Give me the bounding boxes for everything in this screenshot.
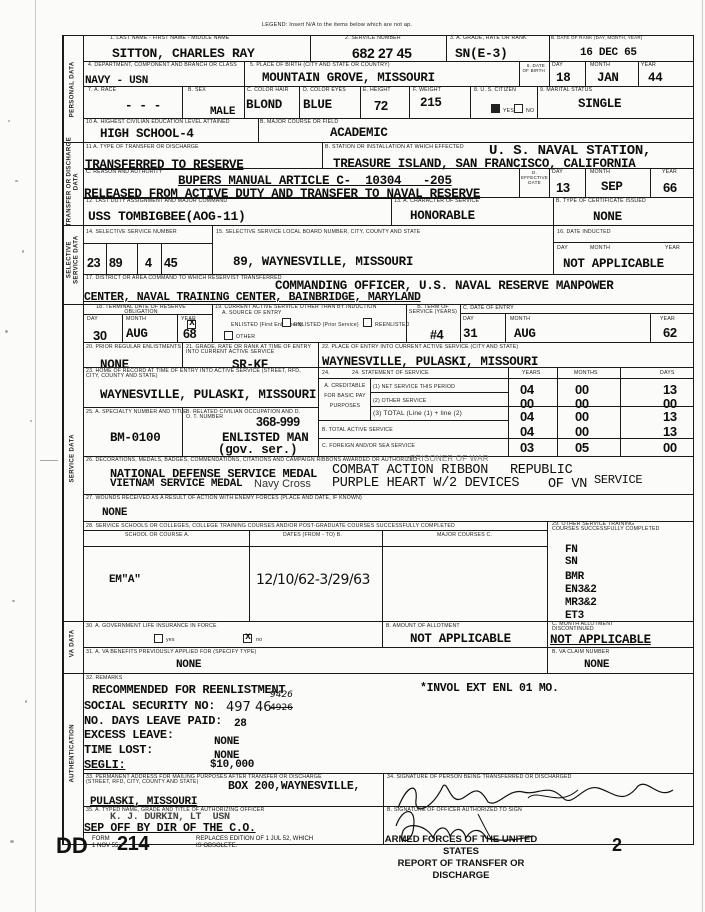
divider xyxy=(177,314,178,342)
label-transfer-type: 11 a. TYPE OF TRANSFER OR DISCHARGE xyxy=(86,145,199,150)
divider xyxy=(519,168,520,197)
field-decorations-service: SERVICE xyxy=(594,474,642,486)
field-certificate: NONE xyxy=(593,211,622,224)
field-date-of-rank: 16 DEC 65 xyxy=(580,48,637,59)
footer-form-label: FORM xyxy=(92,836,110,843)
checkbox-other[interactable] xyxy=(224,331,233,340)
divider xyxy=(106,243,107,274)
field-term-day: 30 xyxy=(93,329,107,342)
field-ss-num-2: 89 xyxy=(109,257,122,270)
field-district-line2: CENTER, NAVAL TRAINING CENTER, BAINBRIDG… xyxy=(84,292,421,304)
field-remarks-leave-label: NO. DAYS LEAVE PAID: xyxy=(84,715,222,727)
divider xyxy=(318,378,694,379)
label-department: 4. DEPARTMENT, COMPONENT AND BRANCH OR C… xyxy=(88,63,238,68)
label-grade: 3. a. GRADE, RATE OR RANK xyxy=(450,36,527,41)
label-dob-month: MONTH xyxy=(590,63,610,68)
divider xyxy=(446,35,447,61)
label-race: 7. a. RACE xyxy=(88,88,116,93)
label-dob-day: DAY xyxy=(552,63,563,68)
label-school-course: SCHOOL OR COURSE a. xyxy=(125,533,189,538)
divider xyxy=(84,647,694,648)
field-height: 72 xyxy=(374,99,388,112)
divider xyxy=(322,142,323,168)
label-weight: f. WEIGHT xyxy=(413,88,441,93)
divider xyxy=(508,438,694,439)
divider xyxy=(382,530,383,621)
label-dob-year: YEAR xyxy=(641,63,656,68)
label-citizen-yes: YES xyxy=(503,109,514,114)
field-permanent-address-1: BOX 200,WAYNESVILLE, xyxy=(228,781,360,793)
label-major: b. MAJOR COURSE OR FIELD xyxy=(260,120,338,125)
label-date-inducted: 16. DATE INDUCTED xyxy=(557,230,611,235)
label-date-of-entry: c. DATE OF ENTRY xyxy=(463,306,514,311)
label-foreign: c. FOREIGN AND/OR SEA SERVICE xyxy=(322,444,415,449)
label-eff-day: DAY xyxy=(552,170,563,175)
field-sex: MALE xyxy=(210,107,235,118)
field-allotment-disc: NOT APPLICABLE xyxy=(550,634,651,647)
divider xyxy=(553,197,554,225)
footer-form-date: 1 NOV 55 xyxy=(92,843,118,850)
divider xyxy=(638,61,639,86)
field-decorations-2c: OF VN xyxy=(548,478,587,492)
divider xyxy=(585,168,586,197)
divider xyxy=(370,392,508,393)
field-place-of-birth: MOUNTAIN GROVE, MISSOURI xyxy=(262,72,435,85)
label-va-benefits: 31. a. VA BENEFITS PREVIOUSLY APPLIED FO… xyxy=(86,650,256,655)
net-months: 00 xyxy=(575,383,589,396)
divider xyxy=(549,35,550,61)
field-weight: 215 xyxy=(420,97,442,110)
divider xyxy=(460,304,461,342)
divider xyxy=(212,304,213,342)
label-total: (3) TOTAL (Line (1) + line (2) xyxy=(373,411,462,418)
field-remarks-ssn: 497 46 xyxy=(226,700,272,715)
footer-title-line2: REPORT OF TRANSFER OR DISCHARGE xyxy=(376,858,546,882)
training-item: FN xyxy=(565,545,578,556)
label-entry-year: YEAR xyxy=(660,317,675,322)
field-dob-year: 44 xyxy=(648,72,662,85)
footer-dd: DD xyxy=(56,833,88,859)
divider xyxy=(258,118,259,142)
field-va-claim: NONE xyxy=(584,660,609,671)
label-other-service: (2) OTHER SERVICE xyxy=(373,399,426,404)
label-remarks: 32. REMARKS xyxy=(86,676,123,681)
footer-title: ARMED FORCES OF THE UNITED STATES REPORT… xyxy=(376,834,546,882)
label-net-service: (1) NET SERVICE THIS PERIOD xyxy=(373,385,455,390)
field-marital: SINGLE xyxy=(578,98,621,111)
label-citizen-no: NO xyxy=(526,109,534,114)
divider xyxy=(537,86,538,118)
field-ss-num-3: 4 xyxy=(145,257,152,270)
label-home-of-record: 23. HOME OF RECORD AT TIME OF ENTRY INTO… xyxy=(86,369,311,380)
label-source-of-entry: a. SOURCE OF ENTRY xyxy=(222,311,282,316)
field-name: SITTON, CHARLES RAY xyxy=(112,47,255,60)
divider xyxy=(409,86,410,118)
checkbox-enlisted-first[interactable] xyxy=(187,320,196,329)
field-entry-year: 62 xyxy=(663,326,677,339)
label-sex: b. SEX xyxy=(188,88,206,93)
label-term-of-service: b. TERM OF SERVICE (Years) xyxy=(408,305,458,316)
label-insurance: 30. a. GOVERNMENT LIFE INSURANCE IN FORC… xyxy=(86,624,217,629)
field-character: HONORABLE xyxy=(410,210,475,223)
divider xyxy=(360,86,361,118)
page-number: 2 xyxy=(612,835,622,856)
label-eff-year: YEAR xyxy=(662,170,677,175)
label-station: b. STATION OR INSTALLATION AT WHICH EFFE… xyxy=(325,145,464,150)
divider xyxy=(519,61,520,86)
label-ind-year: YEAR xyxy=(665,246,680,251)
divider xyxy=(84,314,212,315)
checkbox-insurance-no[interactable] xyxy=(243,634,252,643)
active-days: 13 xyxy=(663,425,677,438)
scan-edge-line-right xyxy=(702,0,703,912)
field-reason-line1: BUPERS MANUAL ARTICLE C- 10304 -205 xyxy=(178,175,452,188)
field-entry-day: 31 xyxy=(463,328,477,341)
field-dob-month: JAN xyxy=(597,72,619,85)
field-remarks-ssn-hand: 9426 xyxy=(270,690,293,700)
field-remarks-leave: 28 xyxy=(234,719,247,730)
field-major: ACADEMIC xyxy=(330,127,388,140)
label-name: 1. LAST NAME - FIRST NAME - MIDDLE NAME xyxy=(110,36,229,41)
field-ss-num-1: 23 xyxy=(87,257,100,270)
divider xyxy=(460,313,694,314)
divider xyxy=(508,367,509,456)
divider xyxy=(557,367,558,456)
field-remarks-lost-label: TIME LOST: xyxy=(84,744,153,756)
footer-replaces: REPLACES EDITION OF 1 JUL 52, WHICH IS O… xyxy=(196,836,316,849)
label-eyes: d. COLOR EYES xyxy=(303,88,346,93)
divider xyxy=(382,621,383,647)
divider xyxy=(505,313,506,342)
label-place-of-birth: 5. PLACE OF BIRTH (City and State or Cou… xyxy=(250,63,390,68)
label-dates: DATES (From - To) b. xyxy=(283,533,342,538)
field-civilian-occupation-2: (gov. ser.) xyxy=(218,444,297,457)
field-hair: BLOND xyxy=(246,99,282,112)
label-term-month: MONTH xyxy=(126,317,146,322)
section-personal: PERSONAL DATA xyxy=(70,49,77,129)
field-decorations-2b: PURPLE HEART W/2 DEVICES xyxy=(332,477,519,491)
divider xyxy=(84,530,547,531)
label-term-day: DAY xyxy=(87,317,98,322)
net-days: 13 xyxy=(663,383,677,396)
label-height: e. HEIGHT xyxy=(363,88,391,93)
field-remarks-ssn-strike: 4926 xyxy=(270,703,293,713)
divider xyxy=(650,168,651,197)
divider xyxy=(299,86,300,118)
total-months: 00 xyxy=(575,410,589,423)
label-date-of-rank: b. DATE OF RANK (Day, Month, Year) xyxy=(551,36,642,41)
label-years: YEARS xyxy=(522,371,541,376)
label-schools: 28. SERVICE SCHOOLS OR COLLEGES, COLLEGE… xyxy=(86,524,455,529)
label-prior-enlistments: 20. PRIOR REGULAR ENLISTMENTS xyxy=(86,345,181,350)
divider xyxy=(137,243,138,274)
field-specialty: BM-0100 xyxy=(110,432,160,445)
field-station-line1: U. S. NAVAL STATION, xyxy=(489,144,651,158)
field-ss-num-4: 45 xyxy=(164,257,177,270)
label-entry-day: DAY xyxy=(463,317,474,322)
label-last-duty: 12. LAST DUTY ASSIGNMENT AND MAJOR COMMA… xyxy=(86,199,227,204)
label-statement: 24. STATEMENT OF SERVICE xyxy=(352,371,429,376)
field-wounds: NONE xyxy=(102,508,127,519)
field-eyes: BLUE xyxy=(303,99,332,112)
field-remarks-segli-label: SEGLI: xyxy=(84,759,125,771)
field-decorations-1c: REPUBLIC xyxy=(510,464,572,478)
field-education: HIGH SCHOOL-4 xyxy=(100,128,194,141)
scan-noise xyxy=(0,0,60,912)
label-district: 17. DISTRICT OR AREA COMMAND TO WHICH RE… xyxy=(86,276,282,281)
field-decorations-navy-cross: Navy Cross xyxy=(254,478,311,490)
field-local-board: 89, WAYNESVILLE, MISSOURI xyxy=(233,256,413,269)
training-item: MR3&2 xyxy=(565,598,597,609)
field-home-of-record: WAYNESVILLE, PULASKI, MISSOURI xyxy=(100,389,316,402)
field-service-number: 682 27 45 xyxy=(352,46,412,60)
checkbox-citizen-yes[interactable] xyxy=(491,104,500,113)
section-selective: SELECTIVE SERVICE DATA xyxy=(66,235,79,285)
divider xyxy=(549,168,550,197)
section-transfer: TRANSFER OR DISCHARGE DATA xyxy=(66,132,79,232)
divider xyxy=(182,342,183,367)
field-eff-day: 13 xyxy=(556,181,570,194)
label-ind-month: MONTH xyxy=(590,246,610,251)
divider xyxy=(318,342,319,367)
label-other-training: 29. OTHER SERVICE TRAINING COURSES SUCCE… xyxy=(552,522,662,533)
total-days: 13 xyxy=(663,410,677,423)
divider xyxy=(62,225,694,226)
checkbox-citizen-no[interactable] xyxy=(514,104,523,113)
field-allotment: NOT APPLICABLE xyxy=(410,633,511,646)
field-date-inducted: NOT APPLICABLE xyxy=(563,258,664,271)
field-remarks-invol: *INVOL EXT ENL 01 MO. xyxy=(420,683,559,695)
label-creditable: a. CREDITABLE FOR BASIC PAY PURPOSES xyxy=(320,382,370,412)
label-allotment: b. AMOUNT OF ALLOTMENT xyxy=(386,624,460,629)
field-grade: SN(E-3) xyxy=(455,47,508,60)
label-service-number: 2. SERVICE NUMBER xyxy=(345,36,401,41)
divider xyxy=(508,406,694,407)
divider xyxy=(161,243,162,274)
label-place-of-entry: 22. PLACE OF ENTRY INTO CURRENT ACTIVE S… xyxy=(322,345,518,350)
divider xyxy=(547,521,548,621)
section-service: SERVICE DATA xyxy=(70,418,77,498)
label-date-of-birth: 6. DATE OF BIRTH xyxy=(521,64,545,73)
divider xyxy=(84,546,547,547)
divider xyxy=(370,406,508,407)
label-days: DAYS xyxy=(660,371,675,376)
footer-title-line1: ARMED FORCES OF THE UNITED STATES xyxy=(376,834,546,858)
divider xyxy=(549,61,550,86)
divider xyxy=(212,225,213,274)
label-statement-no: 24. xyxy=(322,371,330,376)
label-major-courses: MAJOR COURSES c. xyxy=(437,533,492,538)
label-insurance-yes: YES xyxy=(166,638,175,643)
divider xyxy=(318,420,508,421)
label-specialty: 25. a. SPECIALTY NUMBER AND TITLE xyxy=(86,410,187,415)
foreign-months: 05 xyxy=(575,441,589,454)
label-hair: c. COLOR HAIR xyxy=(247,88,289,93)
field-dot-number: 368-999 xyxy=(256,416,300,429)
divider xyxy=(585,61,586,86)
divider xyxy=(406,304,407,342)
label-certificate: b. TYPE OF CERTIFICATE ISSUED xyxy=(556,199,666,204)
field-remarks-excess: NONE xyxy=(214,737,239,748)
label-va-claim: b. VA CLAIM NUMBER xyxy=(552,650,609,655)
training-item: BMR xyxy=(565,572,584,583)
divider xyxy=(310,35,311,61)
training-item: EN3&2 xyxy=(565,585,597,596)
checkbox-reenlisted[interactable] xyxy=(363,318,372,327)
field-va-benefits: NONE xyxy=(176,660,201,671)
label-ind-day: DAY xyxy=(557,246,568,251)
field-entry-month: AUG xyxy=(514,328,536,341)
label-reenlisted: REENLISTED xyxy=(375,323,410,328)
label-wounds: 27. WOUNDS RECEIVED AS A RESULT OF ACTIO… xyxy=(86,496,362,501)
field-eff-year: 66 xyxy=(663,181,677,194)
divider xyxy=(122,314,123,342)
label-insurance-no: NO xyxy=(256,638,262,643)
divider xyxy=(553,242,694,243)
divider xyxy=(244,86,245,118)
foreign-years: 03 xyxy=(520,441,534,454)
footer-form-number: 214 xyxy=(117,833,149,856)
label-entry-month: MONTH xyxy=(510,317,530,322)
label-citizen: 8. U. S. CITIZEN xyxy=(474,88,516,93)
field-term-of-service: #4 xyxy=(430,329,443,342)
divider xyxy=(391,197,392,225)
divider xyxy=(182,407,183,456)
divider xyxy=(84,342,694,343)
divider xyxy=(318,367,319,456)
label-allotment-disc: c. MONTH ALLOTMENT DISCONTINUED xyxy=(552,622,652,633)
label-grade-at-entry: 21. GRADE, RATE OR RANK AT TIME OF ENTRY… xyxy=(186,345,316,356)
training-item: SN xyxy=(565,557,578,568)
field-term-year: 68 xyxy=(183,328,196,341)
label-effective-date: d. EFFECTIVE DATE xyxy=(521,171,548,185)
scan-edge-line xyxy=(35,0,36,912)
divider xyxy=(244,61,245,86)
checkbox-insurance-yes[interactable] xyxy=(154,634,163,643)
divider xyxy=(249,530,250,621)
field-school-dates: 12/10/62-3/29/63 xyxy=(256,572,370,588)
label-character: 13. a. CHARACTER OF SERVICE xyxy=(394,199,479,204)
divider xyxy=(470,86,471,118)
divider xyxy=(84,243,212,244)
field-race: - - - xyxy=(125,100,161,113)
label-other: OTHER xyxy=(236,335,255,340)
label-education: 10 a. HIGHEST CIVILIAN EDUCATION LEVEL A… xyxy=(86,120,236,125)
checkbox-enlisted-prior[interactable] xyxy=(282,318,291,327)
field-remarks-excess-label: EXCESS LEAVE: xyxy=(84,729,174,741)
divider xyxy=(84,407,318,408)
foreign-days: 00 xyxy=(663,441,677,454)
field-remarks-1: RECOMMENDED FOR REENLISTMENT xyxy=(92,684,285,696)
label-selective-number: 14. SELECTIVE SERVICE NUMBER xyxy=(86,230,177,235)
field-school: EM"A" xyxy=(109,575,141,586)
field-last-duty: USS TOMBIGBEE(AOG-11) xyxy=(88,210,246,223)
divider xyxy=(620,367,621,456)
section-va: VA DATA xyxy=(70,613,77,673)
active-years: 04 xyxy=(520,425,534,438)
field-dob-day: 18 xyxy=(556,72,570,85)
divider xyxy=(370,378,371,420)
field-eff-month: SEP xyxy=(601,181,623,194)
divider xyxy=(553,225,554,274)
field-remarks-segli: $10,000 xyxy=(210,760,254,771)
divider xyxy=(182,86,183,118)
label-enlisted-prior: ENLISTED (Prior Service) xyxy=(294,323,359,328)
label-reason: c. REASON AND AUTHORITY xyxy=(86,170,162,175)
divider xyxy=(62,673,694,674)
field-authorizing-officer-2: SEP OFF BY DIR OF THE C.O. xyxy=(84,823,256,835)
active-months: 00 xyxy=(575,425,589,438)
legend: LEGEND: Insert N/A to the items below wh… xyxy=(262,23,412,29)
label-total-active: b. TOTAL ACTIVE SERVICE xyxy=(322,428,393,433)
label-eff-month: MONTH xyxy=(590,170,610,175)
divider xyxy=(650,313,651,342)
net-years: 04 xyxy=(520,383,534,396)
total-years: 04 xyxy=(520,410,534,423)
field-remarks-ssn-label: SOCIAL SECURITY NO: xyxy=(84,700,215,712)
label-marital: 9. MARITAL STATUS xyxy=(540,88,592,93)
divider xyxy=(318,438,508,439)
label-enlisted-first: ENLISTED (First Enlistment) xyxy=(231,323,302,328)
field-decorations-2a: VIETNAM SERVICE MEDAL xyxy=(110,479,242,490)
label-local-board: 15. SELECTIVE SERVICE LOCAL BOARD NUMBER… xyxy=(216,230,420,235)
section-auth: AUTHENTICATION xyxy=(70,703,77,803)
label-months: MONTHS xyxy=(574,371,598,376)
field-term-month: AUG xyxy=(126,328,148,341)
